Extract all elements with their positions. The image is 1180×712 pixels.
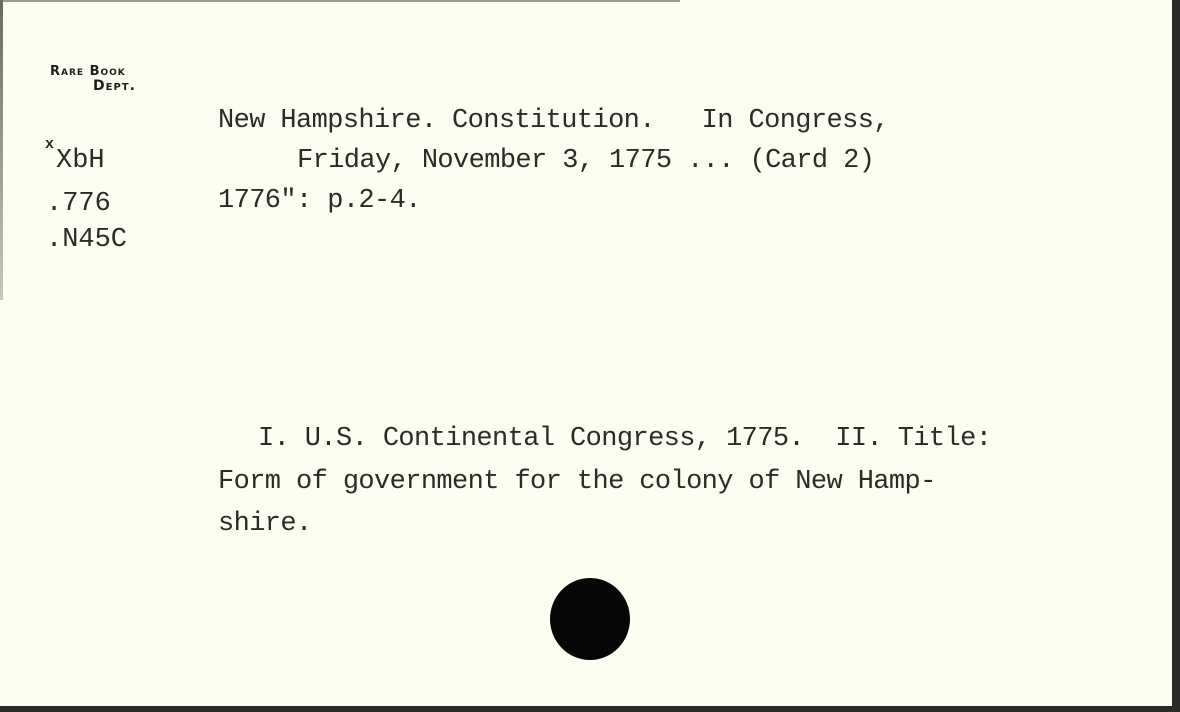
main-entry-line-3: 1776": p.2-4.	[218, 188, 421, 215]
punch-hole-icon	[550, 578, 630, 660]
catalog-card: Rare Book Dept. x XbH .776 .N45C New Ham…	[0, 0, 1172, 706]
department-stamp-line1: Rare Book	[50, 64, 126, 79]
card-top-edge	[0, 0, 680, 2]
call-number-line-1: XbH	[56, 148, 105, 175]
call-number-line-3: .N45C	[46, 227, 127, 254]
tracing-line-3: shire.	[218, 511, 312, 538]
main-entry-line-2: Friday, November 3, 1775 ... (Card 2)	[297, 148, 874, 175]
department-stamp-line2: Dept.	[93, 78, 136, 94]
tracing-line-1: I. U.S. Continental Congress, 1775. II. …	[258, 426, 991, 453]
call-number-line-2: .776	[46, 191, 111, 218]
tracing-line-2: Form of government for the colony of New…	[218, 469, 936, 496]
card-left-edge	[0, 0, 3, 300]
main-entry-line-1: New Hampshire. Constitution. In Congress…	[218, 108, 889, 135]
call-number-mark: x	[45, 136, 54, 153]
